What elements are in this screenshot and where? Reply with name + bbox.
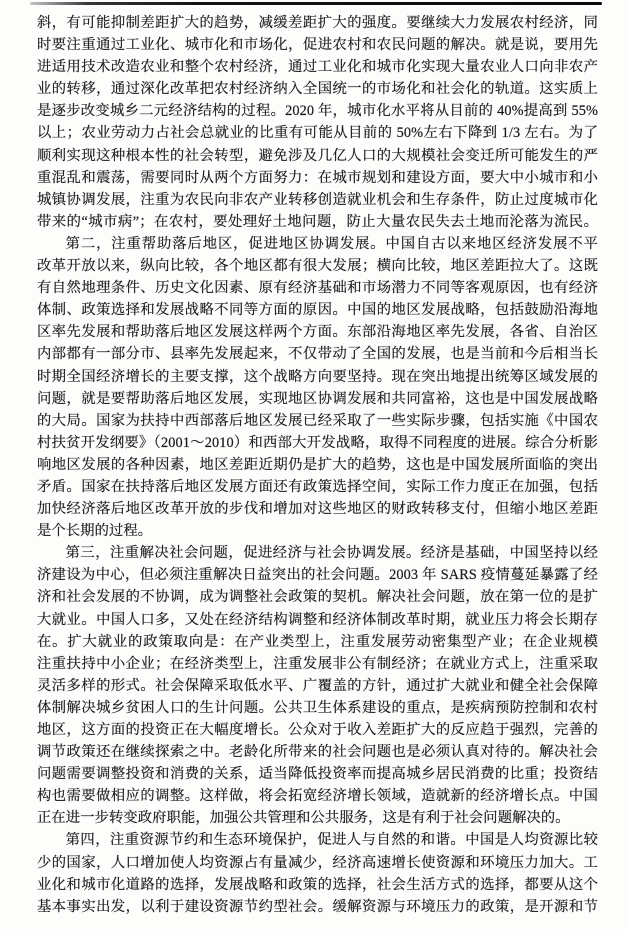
text-line: 业的转移，通过深化改革把农村经济纳入全国统一的市场化和社会化的轨道。这实质上 bbox=[37, 78, 598, 100]
text-line: 加快经济落后地区改革开放的步伐和增加对这些地区的财政转移支付，但缩小地区差距 bbox=[37, 498, 598, 520]
text-line: 改革开放以来，纵向比较，各个地区都有很大发展；横向比较，地区差距拉大了。这既 bbox=[37, 255, 598, 277]
text-line: 第二，注重帮助落后地区，促进地区协调发展。中国自古以来地区经济发展不平衡。 bbox=[37, 233, 598, 255]
text-line: 斜，有可能抑制差距扩大的趋势，减缓差距扩大的强度。要继续大力发展农村经济，同 bbox=[37, 12, 598, 34]
text-line: 济建设为中心，但必须注重解决日益突出的社会问题。2003 年 SARS 疫情蔓延… bbox=[37, 564, 598, 586]
text-line: 村扶贫开发纲要》（2001～2010）和西部大开发战略，取得不同程度的进展。综合… bbox=[37, 432, 598, 454]
text-line: 构也需要做相应的调整。这样做，将会拓宽经济增长领域，造就新的经济增长点。中国 bbox=[37, 785, 598, 807]
text-line: 少的国家，人口增加使人均资源占有量减少，经济高速增长使资源和环境压力加大。工 bbox=[37, 852, 598, 874]
scan-artifact-line bbox=[30, 2, 602, 5]
text-line: 有自然地理条件、历史文化因素、原有经济基础和市场潜力不同等客观原因，也有经济 bbox=[37, 277, 598, 299]
text-line: 灵活多样的形式。社会保障采取低水平、广覆盖的方针，通过扩大就业和健全社会保障 bbox=[37, 675, 598, 697]
text-line: 第四，注重资源节约和生态环境保护，促进人与自然的和谐。中国是人均资源比较 bbox=[37, 829, 598, 851]
text-line: 重混乱和震荡，需要同时从两个方面努力：在城市规划和建设方面，要大中小城市和小 bbox=[37, 167, 598, 189]
text-line: 正在进一步转变政府职能，加强公共管理和公共服务，这是有利于社会问题解决的。 bbox=[37, 807, 598, 829]
text-line: 第三，注重解决社会问题，促进经济与社会协调发展。经济是基础，中国坚持以经 bbox=[37, 542, 598, 564]
text-line: 是个长期的过程。 bbox=[37, 520, 598, 542]
text-line: 内部都有一部分市、县率先发展起来，不仅带动了全国的发展，也是当前和今后相当长 bbox=[37, 343, 598, 365]
text-line: 响地区发展的各种因素，地区差距近期仍是扩大的趋势，这也是中国发展所面临的突出 bbox=[37, 454, 598, 476]
text-line: 业化和城市化道路的选择，发展战略和政策的选择，社会生活方式的选择，都要从这个 bbox=[37, 874, 598, 896]
text-line: 城镇协调发展，注重为农民向非农产业转移创造就业机会和生存条件，防止过度城市化 bbox=[37, 189, 598, 211]
text-lines: 斜，有可能抑制差距扩大的趋势，减缓差距扩大的强度。要继续大力发展农村经济，同时要… bbox=[37, 12, 598, 918]
text-line: 以上；农业劳动力占社会总就业的比重有可能从目前的 50%左右下降到 1/3 左右… bbox=[37, 122, 598, 144]
text-line: 是逐步改变城乡二元经济结构的过程。2020 年，城市化水平将从目前的 40%提高… bbox=[37, 100, 598, 122]
text-line: 体制、政策选择和发展战略不同等方面的原因。中国的地区发展战略，包括鼓励沿海地 bbox=[37, 299, 598, 321]
text-line: 问题需要调整投资和消费的关系，适当降低投资率而提高城乡居民消费的比重；投资结 bbox=[37, 763, 598, 785]
text-line: 问题，就是要帮助落后地区发展，实现地区协调发展和共同富裕，这也是中国发展战略 bbox=[37, 388, 598, 410]
text-line: 区率先发展和帮助落后地区发展这样两个方面。东部沿海地区率先发展，各省、自治区 bbox=[37, 321, 598, 343]
text-line: 基本事实出发，以利于建设资源节约型社会。缓解资源与环境压力的政策，是开源和节 bbox=[37, 896, 598, 918]
text-line: 顺利实现这种根本性的社会转型，避免涉及几亿人口的大规模社会变迁所可能发生的严 bbox=[37, 145, 598, 167]
text-line: 矛盾。国家在扶持落后地区发展方面还有政策选择空间，实际工作力度正在加强，包括 bbox=[37, 476, 598, 498]
text-line: 地区，这方面的投资正在大幅度增长。公众对于收入差距扩大的反应趋于强烈，完善的 bbox=[37, 719, 598, 741]
text-line: 调节政策还在继续探索之中。老龄化所带来的社会问题也是必须认真对待的。解决社会 bbox=[37, 741, 598, 763]
text-line: 注重扶持中小企业；在经济类型上，注重发展非公有制经济；在就业方式上，注重采取 bbox=[37, 653, 598, 675]
text-line: 时要注重通过工业化、城市化和市场化，促进农村和农民问题的解决。就是说，要用先 bbox=[37, 34, 598, 56]
text-line: 带来的“城市病”；在农村，要处理好土地问题，防止大量农民失去土地而沦落为流民。 bbox=[37, 211, 598, 233]
text-line: 进适用技术改造农业和整个农村经济，通过工业化和城市化实现大量农业人口向非农产 bbox=[37, 56, 598, 78]
text-line: 济和社会发展的不协调，成为调整社会政策的契机。解决社会问题，放在第一位的是扩 bbox=[37, 586, 598, 608]
scanned-page: 斜，有可能抑制差距扩大的趋势，减缓差距扩大的强度。要继续大力发展农村经济，同时要… bbox=[0, 0, 629, 930]
text-line: 体制解决城乡贫困人口的生计问题。公共卫生体系建设的重点，是疾病预防控制和农村 bbox=[37, 697, 598, 719]
text-line: 的大局。国家为扶持中西部落后地区发展已经采取了一些实际步骤，包括实施《中国农 bbox=[37, 410, 598, 432]
text-line: 在。扩大就业的政策取向是：在产业类型上，注重发展劳动密集型产业；在企业规模上， bbox=[37, 631, 598, 653]
text-line: 大就业。中国人口多，又处在经济结构调整和经济体制改革时期，就业压力将会长期存 bbox=[37, 609, 598, 631]
text-line: 时期全国经济增长的主要支撑，这个战略方向要坚持。现在突出地提出统筹区域发展的 bbox=[37, 366, 598, 388]
